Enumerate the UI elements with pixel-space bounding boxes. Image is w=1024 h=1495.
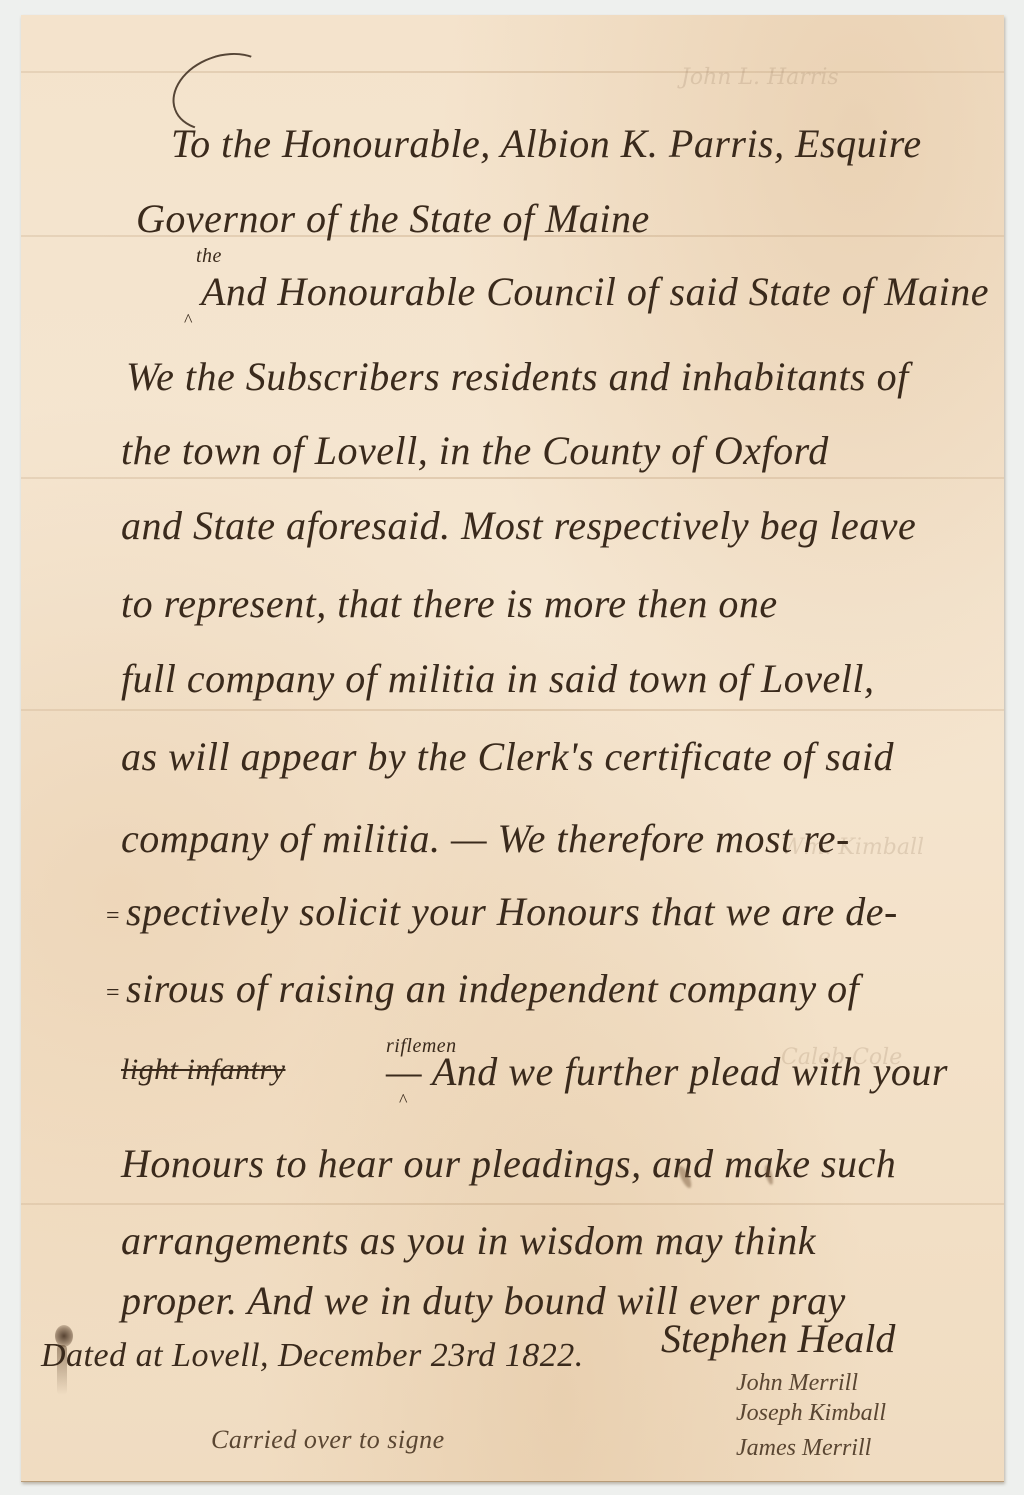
signature-primary: Stephen Heald (661, 1315, 895, 1362)
fold-crease (21, 477, 1004, 479)
fold-crease (21, 1203, 1004, 1205)
body-line-7: company of militia. — We therefore most … (121, 815, 850, 862)
fold-crease (21, 71, 1004, 73)
fold-crease (21, 709, 1004, 711)
margin-hyphen-mark: = (106, 980, 120, 1007)
margin-hyphen-mark: = (106, 903, 120, 930)
interlinear-insert-the: the (196, 245, 222, 268)
insertion-caret: ^ (184, 310, 192, 331)
body-line-11: Honours to hear our pleadings, and make … (121, 1140, 896, 1187)
dateline: Dated at Lovell, December 23rd 1822. (41, 1337, 584, 1375)
address-line-2: Governor of the State of Maine (136, 195, 650, 242)
body-line-8: spectively solicit your Honours that we … (126, 888, 898, 935)
body-line-6: as will appear by the Clerk's certificat… (121, 733, 894, 780)
body-line-2: the town of Lovell, in the County of Oxf… (121, 427, 829, 474)
signature-john-merrill: John Merrill (736, 1370, 858, 1397)
signature-joseph-kimball: Joseph Kimball (736, 1400, 886, 1427)
body-line-12: arrangements as you in wisdom may think (121, 1217, 816, 1264)
bleedthrough-text: John L. Harris (681, 65, 839, 90)
address-line-3: And Honourable Council of said State of … (201, 268, 989, 315)
signature-james-merrill: James Merrill (736, 1435, 871, 1462)
address-line-1: To the Honourable, Albion K. Parris, Esq… (171, 120, 922, 167)
body-line-10: — And we further plead with your (386, 1048, 948, 1095)
struck-out-text: light infantry (121, 1053, 286, 1087)
body-line-3: and State aforesaid. Most respectively b… (121, 502, 916, 549)
body-line-9: sirous of raising an independent company… (126, 965, 859, 1012)
document-page: John L. Harris Wm. Kimball Caleb Cole To… (21, 15, 1004, 1482)
body-line-5: full company of militia in said town of … (121, 655, 874, 702)
body-line-4: to represent, that there is more then on… (121, 580, 778, 627)
body-line-1: We the Subscribers residents and inhabit… (126, 353, 909, 400)
footnote-carried-over: Carried over to signe (211, 1425, 445, 1455)
